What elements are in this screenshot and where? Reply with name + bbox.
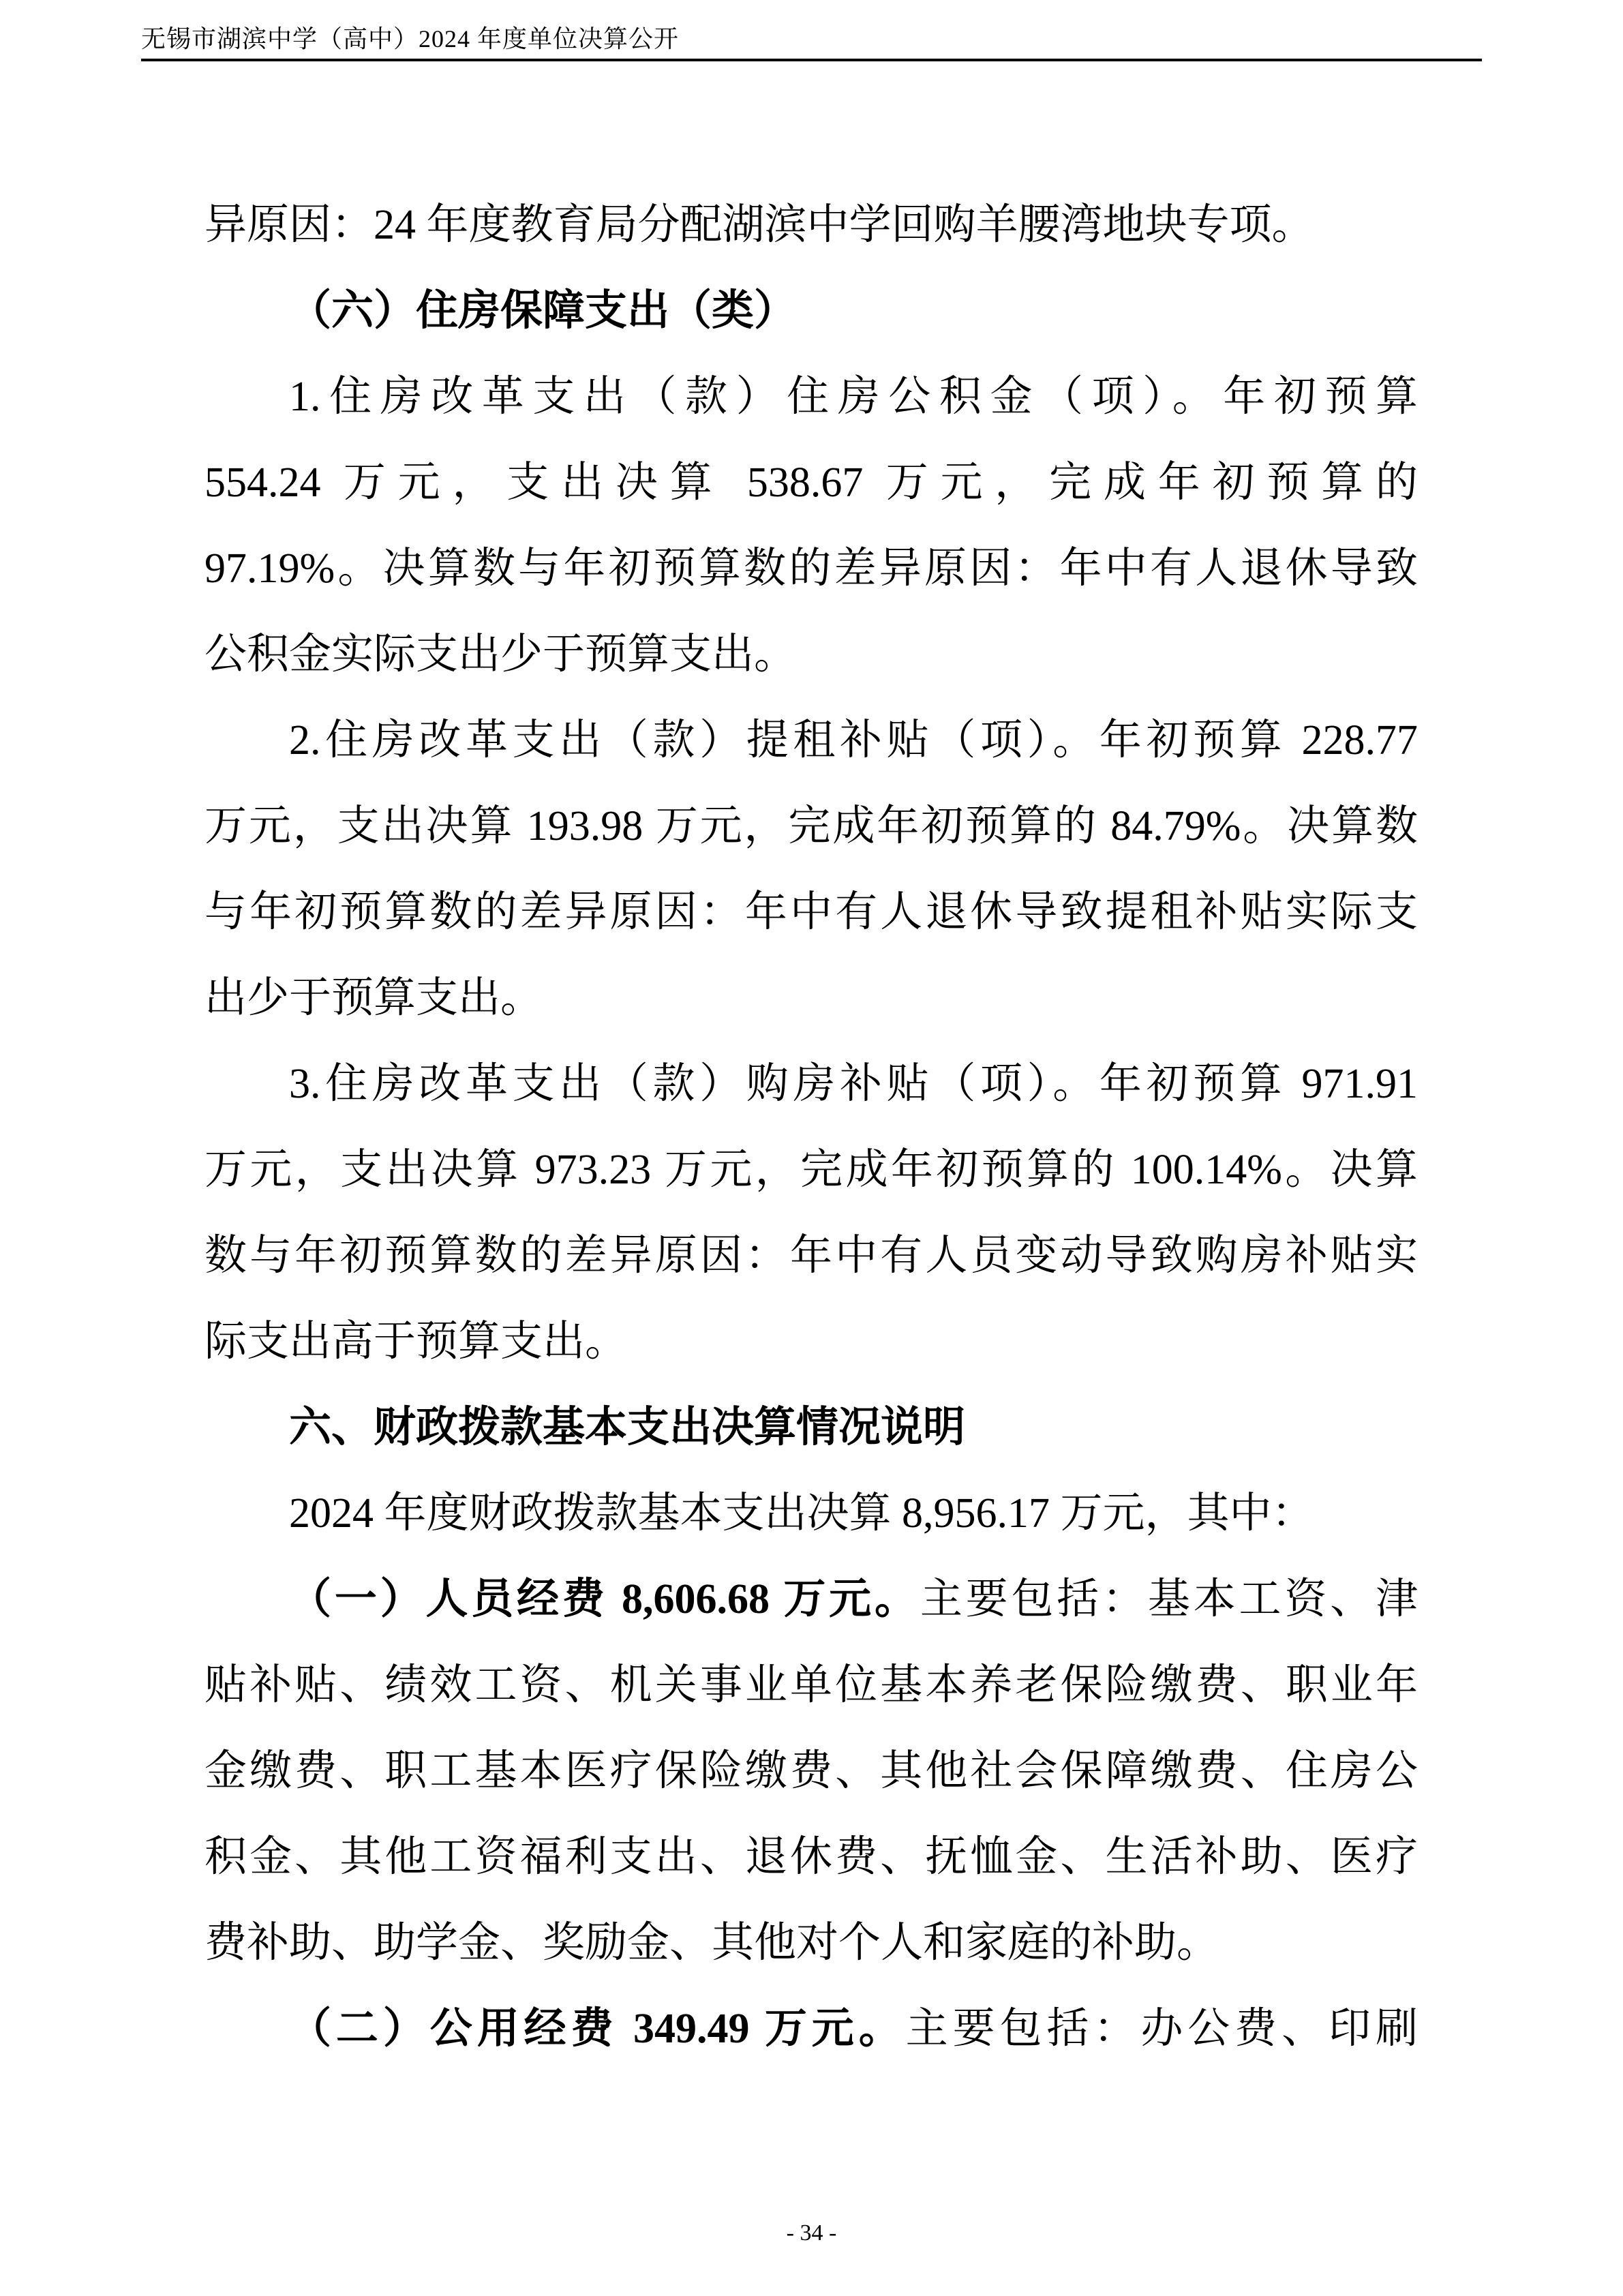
header-title: 无锡市湖滨中学（高中）2024 年度单位决算公开	[141, 25, 679, 52]
text-run: 主要包括：办公费、印刷	[906, 2006, 1418, 2052]
text-run-bold: （一）人员经费 8,606.68 万元。	[289, 1576, 920, 1622]
text-line: 费补助、助学金、奖励金、其他对个人和家庭的补助。	[204, 1900, 1418, 1986]
text-run: 万元，支出决算 193.98 万元，完成年初预算的 84.79%。决算数	[204, 803, 1418, 849]
text-run-bold: （二）公用经费 349.49 万元。	[289, 2006, 906, 2052]
text-line: 2024 年度财政拨款基本支出决算 8,956.17 万元，其中：	[204, 1470, 1418, 1556]
text-line: 异原因：24 年度教育局分配湖滨中学回购羊腰湾地块专项。	[204, 182, 1418, 268]
document-body: 异原因：24 年度教育局分配湖滨中学回购羊腰湾地块专项。（六）住房保障支出（类）…	[204, 182, 1418, 2072]
text-run: 2.住房改革支出（款）提租补贴（项）。年初预算 228.77	[289, 717, 1418, 764]
text-line: 出少于预算支出。	[204, 955, 1418, 1041]
text-run: 554.24 万元，支出决算 538.67 万元，完成年初预算的	[204, 459, 1418, 506]
text-line: 与年初预算数的差异原因：年中有人退休导致提租补贴实际支	[204, 869, 1418, 955]
text-run: 金缴费、职工基本医疗保险缴费、其他社会保障缴费、住房公	[204, 1748, 1418, 1794]
text-run: 异原因：24 年度教育局分配湖滨中学回购羊腰湾地块专项。	[204, 202, 1314, 248]
text-line: 贴补贴、绩效工资、机关事业单位基本养老保险缴费、职业年	[204, 1642, 1418, 1728]
text-line: 554.24 万元，支出决算 538.67 万元，完成年初预算的	[204, 440, 1418, 526]
text-line: 积金、其他工资福利支出、退休费、抚恤金、生活补助、医疗	[204, 1814, 1418, 1900]
text-run: 1.住房改革支出（款）住房公积金（项）。年初预算	[289, 374, 1418, 420]
text-line: 金缴费、职工基本医疗保险缴费、其他社会保障缴费、住房公	[204, 1728, 1418, 1814]
text-line: 97.19%。决算数与年初预算数的差异原因：年中有人退休导致	[204, 526, 1418, 611]
text-run: 万元，支出决算 973.23 万元，完成年初预算的 100.14%。决算	[204, 1147, 1418, 1193]
page-number: - 34 -	[787, 2220, 837, 2246]
page-footer: - 34 -	[0, 2220, 1623, 2247]
text-line: 2.住房改革支出（款）提租补贴（项）。年初预算 228.77	[204, 697, 1418, 783]
text-run: 2024 年度财政拨款基本支出决算 8,956.17 万元，其中：	[289, 1490, 1314, 1537]
text-line: 公积金实际支出少于预算支出。	[204, 611, 1418, 697]
text-run-bold: （六）住房保障支出（类）	[289, 288, 796, 334]
text-run: 数与年初预算数的差异原因：年中有人员变动导致购房补贴实	[204, 1233, 1418, 1279]
text-line: 数与年初预算数的差异原因：年中有人员变动导致购房补贴实	[204, 1213, 1418, 1299]
page: 无锡市湖滨中学（高中）2024 年度单位决算公开 异原因：24 年度教育局分配湖…	[0, 0, 1623, 2296]
text-run: 与年初预算数的差异原因：年中有人退休导致提租补贴实际支	[204, 889, 1418, 935]
text-line: 3.住房改革支出（款）购房补贴（项）。年初预算 971.91	[204, 1041, 1418, 1127]
text-run: 际支出高于预算支出。	[204, 1318, 627, 1365]
text-run: 主要包括：基本工资、津	[920, 1576, 1418, 1622]
text-line: 1.住房改革支出（款）住房公积金（项）。年初预算	[204, 354, 1418, 440]
text-line: 万元，支出决算 193.98 万元，完成年初预算的 84.79%。决算数	[204, 783, 1418, 869]
text-run-bold: 六、财政拨款基本支出决算情况说明	[289, 1404, 965, 1451]
text-run: 积金、其他工资福利支出、退休费、抚恤金、生活补助、医疗	[204, 1834, 1418, 1880]
text-run: 费补助、助学金、奖励金、其他对个人和家庭的补助。	[204, 1920, 1219, 1966]
text-line: 万元，支出决算 973.23 万元，完成年初预算的 100.14%。决算	[204, 1127, 1418, 1213]
text-run: 3.住房改革支出（款）购房补贴（项）。年初预算 971.91	[289, 1061, 1418, 1107]
text-run: 97.19%。决算数与年初预算数的差异原因：年中有人退休导致	[204, 545, 1418, 592]
document-header: 无锡市湖滨中学（高中）2024 年度单位决算公开	[141, 23, 1482, 61]
text-line: 六、财政拨款基本支出决算情况说明	[204, 1385, 1418, 1470]
text-line: （一）人员经费 8,606.68 万元。主要包括：基本工资、津	[204, 1556, 1418, 1642]
text-line: （二）公用经费 349.49 万元。主要包括：办公费、印刷	[204, 1986, 1418, 2072]
text-line: 际支出高于预算支出。	[204, 1299, 1418, 1385]
text-run: 贴补贴、绩效工资、机关事业单位基本养老保险缴费、职业年	[204, 1662, 1418, 1708]
text-line: （六）住房保障支出（类）	[204, 268, 1418, 354]
text-run: 出少于预算支出。	[204, 975, 543, 1021]
text-run: 公积金实际支出少于预算支出。	[204, 631, 796, 678]
